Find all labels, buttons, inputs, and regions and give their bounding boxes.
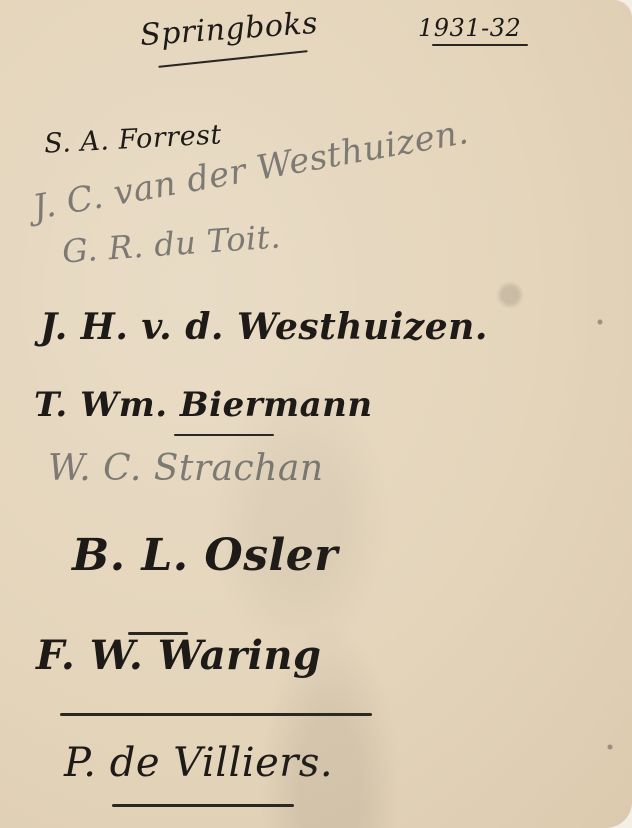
season-year: 1931-32 — [418, 14, 521, 42]
signature-de-villiers: P. de Villiers. — [64, 740, 333, 786]
de-villiers-underline — [112, 804, 294, 807]
signature-van-der-westhuizen-jh: J. H. v. d. Westhuizen. — [40, 306, 488, 348]
year-underline — [432, 44, 528, 46]
signature-waring: F. W. Waring — [36, 632, 321, 679]
waring-underline — [60, 713, 372, 716]
page-title: Springboks — [139, 6, 319, 53]
title-underline — [158, 50, 307, 68]
signature-biermann: T. Wm. Biermann — [34, 385, 373, 425]
signature-forrest: S. A. Forrest — [43, 119, 222, 159]
signature-strachan: W. C. Strachan — [48, 448, 324, 489]
signature-osler: B. L. Osler — [72, 530, 338, 581]
signature-du-toit: G. R. du Toit. — [61, 217, 282, 270]
autograph-page: Springboks 1931-32 S. A. Forrest J. C. v… — [0, 0, 632, 828]
biermann-underline — [174, 434, 274, 436]
